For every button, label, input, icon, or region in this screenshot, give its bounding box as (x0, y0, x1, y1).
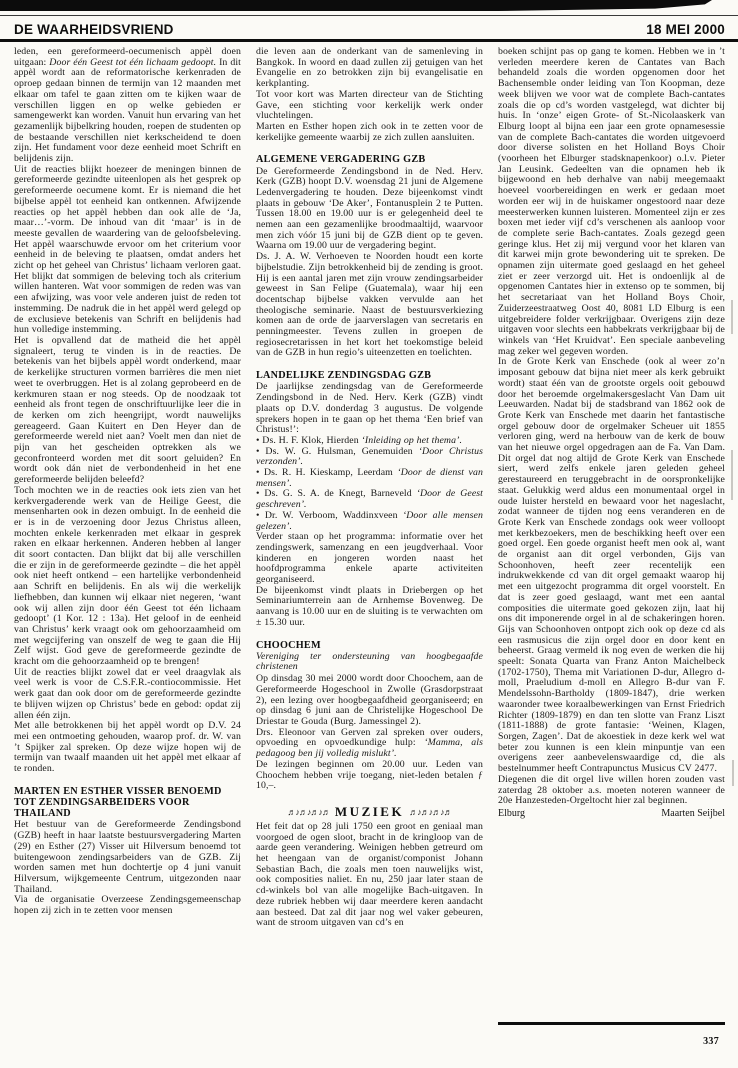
paragraph: leden, een gereformeerd-oecumenisch appè… (14, 47, 241, 165)
paragraph: Marten en Esther hopen zich ook in te ze… (256, 122, 483, 143)
paragraph: In de Grote Kerk van Enschede (ook al we… (498, 357, 725, 774)
section-heading: ALGEMENE VERGADERING GZB (256, 154, 483, 165)
masthead: DE WAARHEIDSVRIEND 18 MEI 2000 (14, 19, 725, 37)
footer-rule (498, 1022, 725, 1025)
paragraph: Tot voor kort was Marten directeur van d… (256, 90, 483, 122)
paragraph: Verder staan op het programma: informati… (256, 532, 483, 586)
section-heading: LANDELIJKE ZENDINGSDAG GZB (256, 370, 483, 381)
masthead-title: DE WAARHEIDSVRIEND (14, 22, 174, 37)
column-1: leden, een gereformeerd-oecumenisch appè… (14, 47, 241, 1047)
paragraph: Met alle betrokkenen bij het appèl wordt… (14, 721, 241, 775)
paragraph: die leven aan de onderkant van de samenl… (256, 47, 483, 90)
paragraph: De Gereformeerde Zendingsbond in de Ned.… (256, 167, 483, 253)
scan-artifact (731, 300, 733, 334)
music-notes-icon: ♬♪♬♪♬♪♬ (287, 807, 330, 817)
paragraph: Uit de reacties blijkt zowel dat er veel… (14, 668, 241, 722)
body-text: die leven aan de onderkant van de samenl… (256, 47, 483, 89)
body-text: Het is opvallend dat de matheid die het … (14, 335, 241, 485)
body-text: De jaarlijkse zendingsdag van de Gerefor… (256, 381, 483, 435)
article-body: leden, een gereformeerd-oecumenisch appè… (14, 47, 725, 1047)
italic-text: ‘Inleiding op het thema’. (362, 435, 463, 446)
column-3: boeken schijnt pas op gang te komen. Heb… (498, 47, 725, 1047)
paragraph: boeken schijnt pas op gang te komen. Heb… (498, 47, 725, 357)
column-1-text: leden, een gereformeerd-oecumenisch appè… (14, 47, 241, 1047)
paragraph: Drs. Eleonoor van Gerven zal spreken ove… (256, 728, 483, 760)
section-heading: CHOOCHEM (256, 640, 483, 651)
masthead-date: 18 MEI 2000 (646, 22, 725, 37)
masthead-bottom-rule (0, 39, 738, 42)
body-text: De lezingen beginnen om 20.00 uur. Leden… (256, 759, 483, 791)
muziek-heading: ♬♪♬♪♬♪♬MUZIEK♬♪♬♪♬♪♬ (256, 804, 483, 820)
scan-artifact (731, 450, 733, 500)
section-heading: MARTEN EN ESTHER VISSER BENOEMD TOT ZEND… (14, 786, 241, 820)
music-notes-icon: ♬♪♬♪♬♪♬ (409, 807, 452, 817)
body-text: Tot voor kort was Marten directeur van d… (256, 89, 483, 121)
section-subtitle: Vereniging ter ondersteuning van hoogbeg… (256, 652, 483, 673)
paragraph: De jaarlijkse zendingsdag van de Gerefor… (256, 382, 483, 436)
newspaper-page: DE WAARHEIDSVRIEND 18 MEI 2000 leden, ee… (0, 0, 738, 1068)
paragraph: Het bestuur van de Gereformeerde Zending… (14, 820, 241, 895)
body-text: Diegenen die dit orgel live willen horen… (498, 774, 725, 806)
body-text: boeken schijnt pas op gang te komen. Heb… (498, 47, 725, 357)
paragraph: • Dr. W. Verboom, Waddinxveen ‘Door alle… (256, 511, 483, 532)
column-2: die leven aan de onderkant van de samenl… (256, 47, 483, 1047)
paragraph: Op dinsdag 30 mei 2000 wordt door Chooch… (256, 674, 483, 728)
body-text: • Ds. G. S. A. de Knegt, Barneveld (256, 488, 417, 499)
body-text: Via de organisatie Overzeese Zendingsgem… (14, 894, 241, 916)
paragraph: De lezingen beginnen om 20.00 uur. Leden… (256, 760, 483, 792)
paragraph: • Ds. R. H. Kieskamp, Leerdam ‘Door de d… (256, 468, 483, 489)
body-text: Marten en Esther hopen zich ook in te ze… (256, 121, 483, 143)
body-text: De Gereformeerde Zendingsbond in de Ned.… (256, 166, 483, 252)
body-text: Uit de reacties blijkt zowel dat er veel… (14, 667, 241, 721)
paragraph: Via de organisatie Overzeese Zendingsgem… (14, 895, 241, 916)
body-text: • Dr. W. Verboom, Waddinxveen (256, 510, 403, 521)
body-text: Toch mochten we in de reacties ook iets … (14, 485, 241, 667)
body-text: • Ds. W. G. Hulsman, Genemuiden (256, 446, 419, 457)
paragraph: De bijeenkomst vindt plaats in Drieberge… (256, 586, 483, 629)
body-text: Verder staan op het programma: informati… (256, 531, 483, 585)
scan-artifact (732, 760, 734, 786)
paragraph: • Ds. W. G. Hulsman, Genemuiden ‘Door Ch… (256, 447, 483, 468)
paragraph: Ds. J. A. W. Verhoeven te Noorden houdt … (256, 252, 483, 359)
paragraph: Het feit dat op 28 juli 1750 een groot e… (256, 822, 483, 929)
scan-edge-bar (0, 0, 712, 11)
signature-place: Elburg (498, 808, 525, 820)
signature-line: ElburgMaarten Seijbel (498, 808, 725, 820)
body-text: • Ds. R. H. Kieskamp, Leerdam (256, 467, 397, 478)
body-text: In dit appèl wordt aan de reformatorisch… (14, 57, 241, 164)
body-text: Op dinsdag 30 mei 2000 wordt door Chooch… (256, 673, 483, 727)
masthead-top-rule (0, 15, 738, 16)
body-text: Met alle betrokkenen bij het appèl wordt… (14, 720, 241, 774)
body-text: De bijeenkomst vindt plaats in Drieberge… (256, 585, 483, 628)
italic-text: Door één Geest tot één lichaam gedoopt. (49, 57, 216, 68)
paragraph: Het is opvallend dat de matheid die het … (14, 336, 241, 486)
muziek-title: MUZIEK (335, 804, 404, 820)
paragraph: Toch mochten we in de reacties ook iets … (14, 486, 241, 668)
page-footer: 337 (498, 1016, 725, 1047)
column-3-text: boeken schijnt pas op gang te komen. Heb… (498, 47, 725, 1016)
body-text: Ds. J. A. W. Verhoeven te Noorden houdt … (256, 251, 483, 358)
signature-author: Maarten Seijbel (661, 808, 725, 820)
body-text: Uit de reacties blijkt hoezeer de mening… (14, 164, 241, 336)
body-text: In de Grote Kerk van Enschede (ook al we… (498, 356, 725, 774)
body-text: • Ds. H. F. Klok, Hierden (256, 435, 362, 446)
paragraph: Diegenen die dit orgel live willen horen… (498, 775, 725, 807)
page-number: 337 (498, 1036, 725, 1047)
column-2-text: die leven aan de onderkant van de samenl… (256, 47, 483, 1047)
paragraph: Uit de reacties blijkt hoezeer de mening… (14, 165, 241, 336)
body-text: Het feit dat op 28 juli 1750 een groot e… (256, 821, 483, 928)
body-text: Het bestuur van de Gereformeerde Zending… (14, 819, 241, 894)
paragraph: • Ds. G. S. A. de Knegt, Barneveld ‘Door… (256, 489, 483, 510)
